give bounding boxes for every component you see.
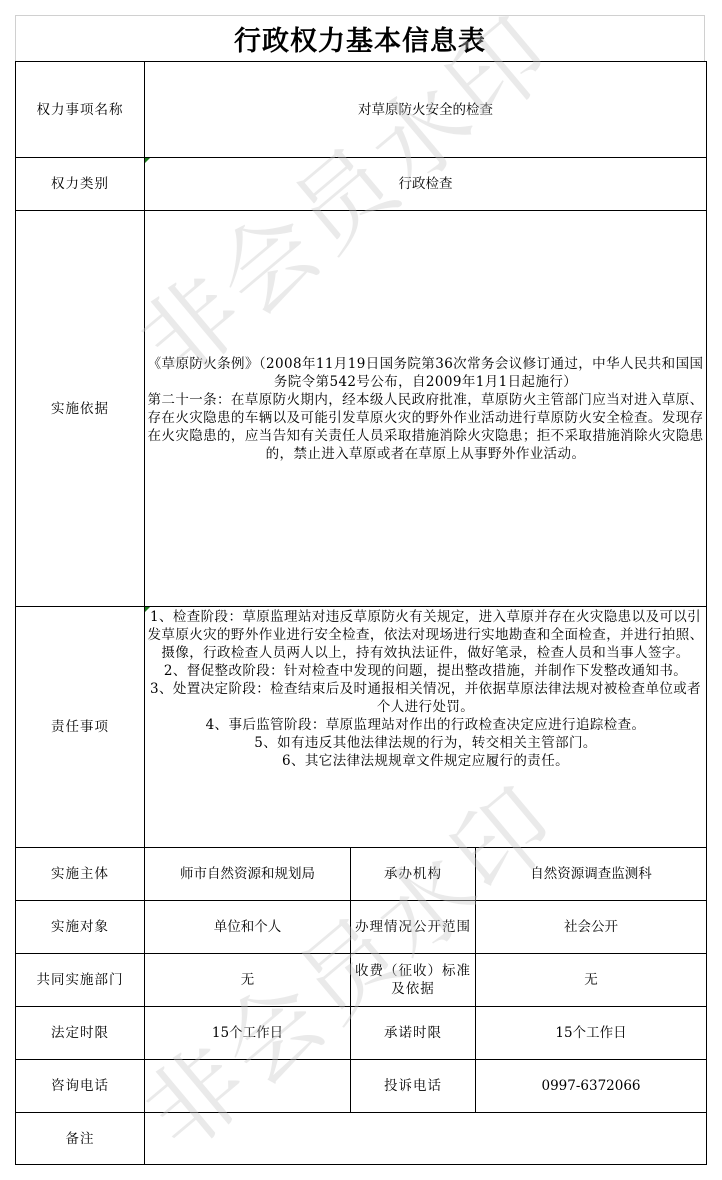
table-row-remarks: 备注: [16, 1113, 707, 1165]
label-cell: 权力事项名称: [16, 62, 145, 158]
value-cell[interactable]: 自然资源调查监测科: [476, 848, 707, 901]
label-cell: 实施对象: [16, 901, 145, 954]
value-cell[interactable]: 社会公开: [476, 901, 707, 954]
page-title: 行政权力基本信息表: [234, 19, 486, 58]
label-cell: 法定时限: [16, 1007, 145, 1060]
category-value: 行政检查: [399, 176, 453, 192]
value-cell[interactable]: [145, 1060, 351, 1113]
table-row-responsibility: 责任事项 1、检查阶段：草原监理站对违反草原防火有关规定，进入草原并存在火灾隐患…: [16, 607, 707, 848]
responsibility-item: 4、事后监管阶段：草原监理站对作出的行政检查决定应进行追踪检查。: [147, 716, 704, 734]
value-cell[interactable]: 15个工作日: [145, 1007, 351, 1060]
value-cell[interactable]: 行政检查: [145, 158, 707, 211]
title-row: 行政权力基本信息表: [15, 15, 705, 61]
value-cell[interactable]: 单位和个人: [145, 901, 351, 954]
label-cell: 承诺时限: [351, 1007, 476, 1060]
label-cell: 备注: [16, 1113, 145, 1165]
value-cell[interactable]: 对草原防火安全的检查: [145, 62, 707, 158]
label-cell: 共同实施部门: [16, 954, 145, 1007]
value-cell[interactable]: 师市自然资源和规划局: [145, 848, 351, 901]
label-cell: 实施主体: [16, 848, 145, 901]
value-cell[interactable]: 0997-6372066: [476, 1060, 707, 1113]
label-cell: 收费（征收）标准及依据: [351, 954, 476, 1007]
value-cell[interactable]: 《草原防火条例》（2008年11月19日国务院第36次常务会议修订通过，中华人民…: [145, 211, 707, 607]
label-cell: 办理情况公开范围: [351, 901, 476, 954]
label-cell: 咨询电话: [16, 1060, 145, 1113]
responsibility-item: 3、处置决定阶段：检查结束后及时通报相关情况，并依据草原法律法规对被检查单位或者…: [147, 680, 704, 716]
value-cell[interactable]: 无: [145, 954, 351, 1007]
value-cell[interactable]: [145, 1113, 707, 1165]
table-row-phone: 咨询电话 投诉电话 0997-6372066: [16, 1060, 707, 1113]
value-cell[interactable]: 无: [476, 954, 707, 1007]
responsibility-item: 5、如有违反其他法律法规的行为，转交相关主管部门。: [147, 734, 704, 752]
table-row-subject: 实施主体 师市自然资源和规划局 承办机构 自然资源调查监测科: [16, 848, 707, 901]
label-cell: 实施依据: [16, 211, 145, 607]
basis-line: 《草原防火条例》（2008年11月19日国务院第36次常务会议修订通过，中华人民…: [147, 355, 704, 391]
table-row-target: 实施对象 单位和个人 办理情况公开范围 社会公开: [16, 901, 707, 954]
responsibility-item: 1、检查阶段：草原监理站对违反草原防火有关规定，进入草原并存在火灾隐患以及可以引…: [147, 608, 704, 662]
value-cell[interactable]: 1、检查阶段：草原监理站对违反草原防火有关规定，进入草原并存在火灾隐患以及可以引…: [145, 607, 707, 848]
basis-line: 第二十一条：在草原防火期内，经本级人民政府批准，草原防火主管部门应当对进入草原、…: [147, 391, 704, 463]
label-cell: 权力类别: [16, 158, 145, 211]
comment-marker-icon: [145, 607, 150, 612]
comment-marker-icon: [145, 158, 150, 163]
responsibility-item: 2、督促整改阶段：针对检查中发现的问题，提出整改措施，并制作下发整改通知书。: [147, 662, 704, 680]
table-row-joint: 共同实施部门 无 收费（征收）标准及依据 无: [16, 954, 707, 1007]
table-row-time-limit: 法定时限 15个工作日 承诺时限 15个工作日: [16, 1007, 707, 1060]
value-cell[interactable]: 15个工作日: [476, 1007, 707, 1060]
table-row-category: 权力类别 行政检查: [16, 158, 707, 211]
label-cell: 承办机构: [351, 848, 476, 901]
label-cell: 投诉电话: [351, 1060, 476, 1113]
info-table: 权力事项名称 对草原防火安全的检查 权力类别 行政检查 实施依据 《草原防火条例…: [15, 61, 707, 1165]
label-cell: 责任事项: [16, 607, 145, 848]
table-row-name: 权力事项名称 对草原防火安全的检查: [16, 62, 707, 158]
table-row-basis: 实施依据 《草原防火条例》（2008年11月19日国务院第36次常务会议修订通过…: [16, 211, 707, 607]
responsibility-item: 6、其它法律法规规章文件规定应履行的责任。: [147, 752, 704, 770]
